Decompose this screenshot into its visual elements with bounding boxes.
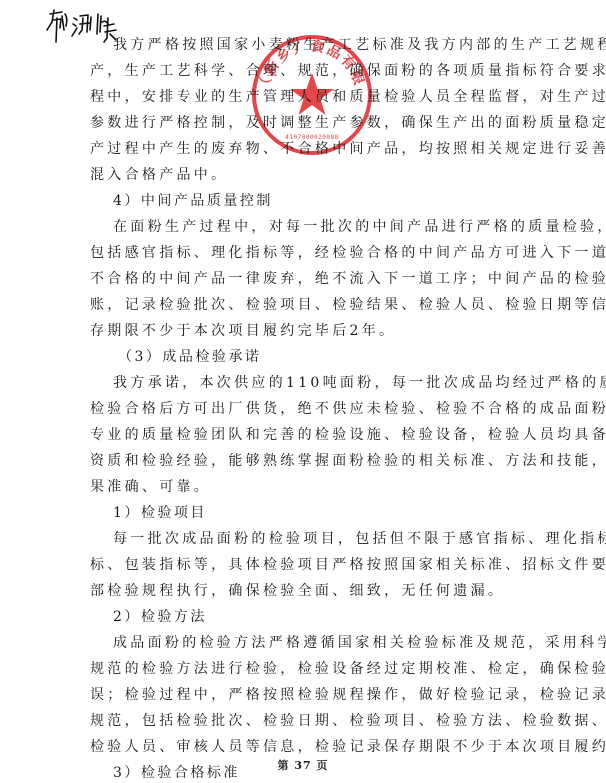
section-heading-finished-inspection: （3）成品检验承诺 <box>90 344 518 370</box>
page-number: 第 37 页 <box>0 757 606 773</box>
section-heading-inspection-methods: 2）检验方法 <box>90 604 518 630</box>
paragraph-intermediate-quality: 在面粉生产过程中，对每一批次的中间产品进行严格的质量检验，检验项目 包括感官指标… <box>90 214 518 344</box>
paragraph-inspection-items: 每一批次成品面粉的检验项目，包括但不限于感官指标、理化指标、卫生指 标、包装指标… <box>90 526 518 604</box>
document-body: 我方严格按照国家小麦粉生产工艺标准及我方内部的生产工艺规程进行生 产，生产工艺科… <box>90 32 518 783</box>
paragraph-finished-inspection-promise: 我方承诺，本次供应的110吨面粉，每一批次成品均经过严格的质量检验， 检验合格后… <box>90 370 518 500</box>
paragraph-production-process: 我方严格按照国家小麦粉生产工艺标准及我方内部的生产工艺规程进行生 产，生产工艺科… <box>90 32 518 188</box>
paragraph-inspection-methods: 成品面粉的检验方法严格遵循国家相关检验标准及规范，采用科学、准确、 规范的检验方… <box>90 630 518 760</box>
document-page: （新乡）食品有限公司 4107000020088 我方严格按照国家小麦粉生产工艺… <box>0 0 606 783</box>
section-heading-intermediate-quality: 4）中间产品质量控制 <box>90 188 518 214</box>
section-heading-inspection-items: 1）检验项目 <box>90 500 518 526</box>
